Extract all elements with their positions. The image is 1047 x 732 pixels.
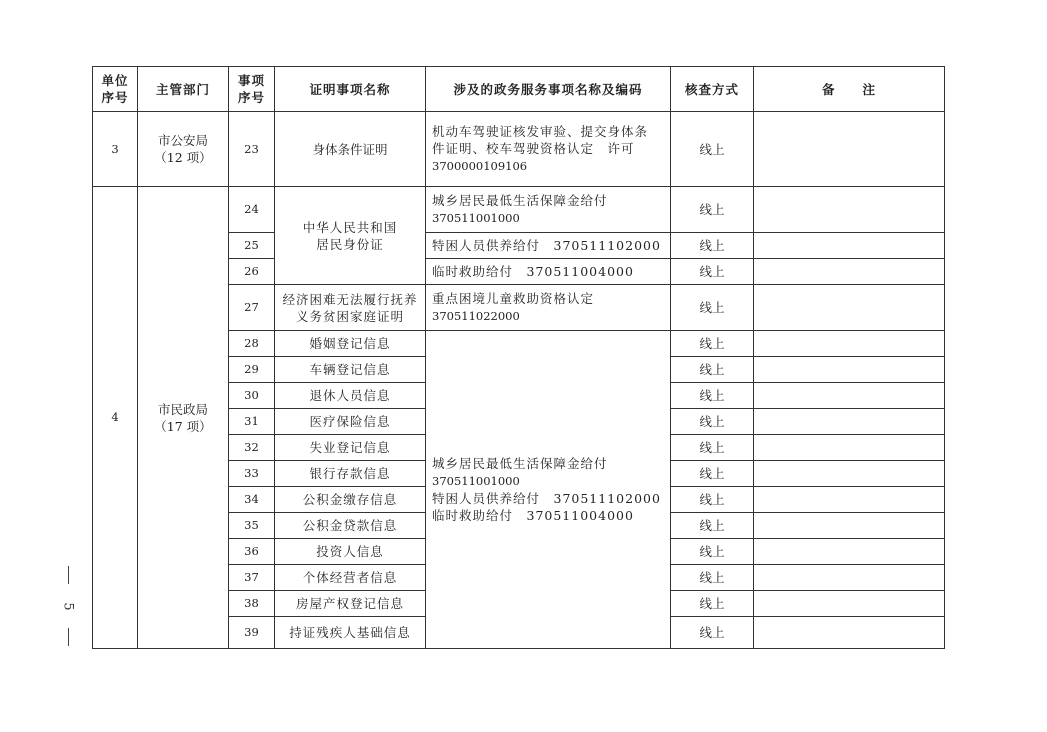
- check-method-cell: 线上: [671, 617, 754, 649]
- remarks-cell: [754, 357, 945, 383]
- check-method-cell: 线上: [671, 565, 754, 591]
- cert-name-cell: 公积金缴存信息: [275, 487, 426, 513]
- cert-name-cell: 婚姻登记信息: [275, 331, 426, 357]
- cert-name-cell: 银行存款信息: [275, 461, 426, 487]
- remarks-cell: [754, 383, 945, 409]
- remarks-cell: [754, 285, 945, 331]
- service-cell: 临时救助给付 370511004000: [426, 259, 671, 285]
- remarks-cell: [754, 487, 945, 513]
- remarks-cell: [754, 461, 945, 487]
- remarks-cell: [754, 591, 945, 617]
- header-remarks: 备 注: [754, 67, 945, 112]
- check-method-cell: 线上: [671, 187, 754, 233]
- item-no-cell: 25: [229, 233, 275, 259]
- page-number-digit: 5: [61, 602, 76, 610]
- check-method-cell: 线上: [671, 591, 754, 617]
- cert-name-cell: 失业登记信息: [275, 435, 426, 461]
- header-item-no: 事项序号: [229, 67, 275, 112]
- remarks-cell: [754, 435, 945, 461]
- check-method-cell: 线上: [671, 285, 754, 331]
- service-cell: 机动车驾驶证核发审验、提交身体条件证明、校车驾驶资格认定 许可370000010…: [426, 112, 671, 187]
- service-cell: 特困人员供养给付 370511102000: [426, 233, 671, 259]
- check-method-cell: 线上: [671, 513, 754, 539]
- cert-name-cell: 中华人民共和国居民身份证: [275, 187, 426, 285]
- remarks-cell: [754, 187, 945, 233]
- header-department: 主管部门: [138, 67, 229, 112]
- check-method-cell: 线上: [671, 357, 754, 383]
- item-no-cell: 36: [229, 539, 275, 565]
- check-method-cell: 线上: [671, 539, 754, 565]
- item-no-cell: 27: [229, 285, 275, 331]
- certification-items-table: 单位序号 主管部门 事项序号 证明事项名称 涉及的政务服务事项名称及编码 核查方…: [92, 66, 945, 649]
- table-row: 4 市民政局（17 项） 24 中华人民共和国居民身份证 城乡居民最低生活保障金…: [93, 187, 945, 233]
- item-no-cell: 39: [229, 617, 275, 649]
- remarks-cell: [754, 409, 945, 435]
- check-method-cell: 线上: [671, 259, 754, 285]
- cert-name-cell: 医疗保险信息: [275, 409, 426, 435]
- item-no-cell: 35: [229, 513, 275, 539]
- item-no-cell: 34: [229, 487, 275, 513]
- remarks-cell: [754, 233, 945, 259]
- cert-name-cell: 退休人员信息: [275, 383, 426, 409]
- header-row: 单位序号 主管部门 事项序号 证明事项名称 涉及的政务服务事项名称及编码 核查方…: [93, 67, 945, 112]
- cert-name-cell: 持证残疾人基础信息: [275, 617, 426, 649]
- service-cell-merged: 城乡居民最低生活保障金给付370511001000特困人员供养给付 370511…: [426, 331, 671, 649]
- table-row: 3 市公安局（12 项） 23 身体条件证明 机动车驾驶证核发审验、提交身体条件…: [93, 112, 945, 187]
- item-no-cell: 23: [229, 112, 275, 187]
- item-no-cell: 30: [229, 383, 275, 409]
- cert-name-cell: 投资人信息: [275, 539, 426, 565]
- cert-name-cell: 公积金贷款信息: [275, 513, 426, 539]
- check-method-cell: 线上: [671, 383, 754, 409]
- cert-name-cell: 经济困难无法履行抚养义务贫困家庭证明: [275, 285, 426, 331]
- department-cell: 市民政局（17 项）: [138, 187, 229, 649]
- check-method-cell: 线上: [671, 233, 754, 259]
- service-cell: 重点困境儿童救助资格认定370511022000: [426, 285, 671, 331]
- cert-name-cell: 个体经营者信息: [275, 565, 426, 591]
- item-no-cell: 37: [229, 565, 275, 591]
- remarks-cell: [754, 112, 945, 187]
- header-check-method: 核查方式: [671, 67, 754, 112]
- check-method-cell: 线上: [671, 487, 754, 513]
- remarks-cell: [754, 513, 945, 539]
- remarks-cell: [754, 539, 945, 565]
- check-method-cell: 线上: [671, 331, 754, 357]
- item-no-cell: 31: [229, 409, 275, 435]
- check-method-cell: 线上: [671, 461, 754, 487]
- cert-name-cell: 车辆登记信息: [275, 357, 426, 383]
- remarks-cell: [754, 565, 945, 591]
- page-number: 5: [58, 566, 78, 646]
- item-no-cell: 28: [229, 331, 275, 357]
- check-method-cell: 线上: [671, 409, 754, 435]
- check-method-cell: 线上: [671, 112, 754, 187]
- item-no-cell: 26: [229, 259, 275, 285]
- cert-name-cell: 身体条件证明: [275, 112, 426, 187]
- department-cell: 市公安局（12 项）: [138, 112, 229, 187]
- cert-name-cell: 房屋产权登记信息: [275, 591, 426, 617]
- page-number-dash-bottom: [68, 628, 69, 646]
- page-number-dash-top: [68, 566, 69, 584]
- remarks-cell: [754, 259, 945, 285]
- header-unit-no: 单位序号: [93, 67, 138, 112]
- check-method-cell: 线上: [671, 435, 754, 461]
- item-no-cell: 29: [229, 357, 275, 383]
- remarks-cell: [754, 617, 945, 649]
- unit-no-cell: 4: [93, 187, 138, 649]
- unit-no-cell: 3: [93, 112, 138, 187]
- item-no-cell: 32: [229, 435, 275, 461]
- remarks-cell: [754, 331, 945, 357]
- header-service-name: 涉及的政务服务事项名称及编码: [426, 67, 671, 112]
- item-no-cell: 38: [229, 591, 275, 617]
- header-cert-name: 证明事项名称: [275, 67, 426, 112]
- item-no-cell: 24: [229, 187, 275, 233]
- service-cell: 城乡居民最低生活保障金给付370511001000: [426, 187, 671, 233]
- item-no-cell: 33: [229, 461, 275, 487]
